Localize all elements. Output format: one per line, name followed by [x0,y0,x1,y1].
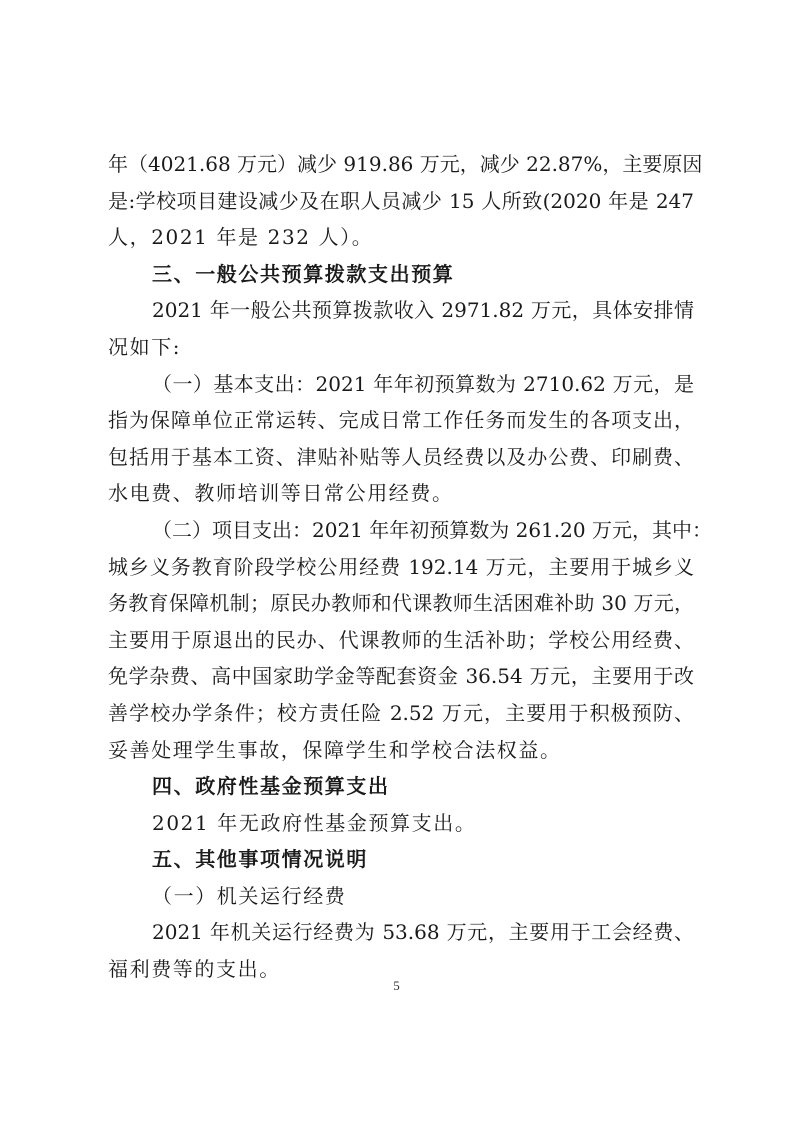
paragraph-line: 2021 年无政府性基金预算支出。 [108,805,694,842]
subsection-heading-operating-costs: （一）机关运行经费 [108,878,694,915]
paragraph-line: 况如下: [108,329,694,366]
paragraph-line: 主要用于原退出的民办、代课教师的生活补助；学校公用经费、 [108,622,694,659]
paragraph-line: 善学校办学条件；校方责任险 2.52 万元，主要用于积极预防、 [108,695,694,732]
paragraph-line: 2021 年一般公共预算拨款收入 2971.82 万元，具体安排情 [108,292,694,329]
paragraph-line: 免学杂费、高中国家助学金等配套资金 36.54 万元，主要用于改 [108,658,694,695]
paragraph-line: 城乡义务教育阶段学校公用经费 192.14 万元，主要用于城乡义 [108,549,694,586]
paragraph-line: 是:学校项目建设减少及在职人员减少 15 人所致(2020 年是 247 [108,183,694,220]
paragraph-line: 包括用于基本工资、津贴补贴等人员经费以及办公费、印刷费、 [108,439,694,476]
paragraph-line: 指为保障单位正常运转、完成日常工作任务而发生的各项支出， [108,402,694,439]
paragraph-line: （二）项目支出：2021 年年初预算数为 261.20 万元，其中： [108,512,694,549]
paragraph-line: 人，2021 年是 232 人）。 [108,219,694,256]
paragraph-line: 2021 年机关运行经费为 53.68 万元，主要用于工会经费、 [108,914,694,951]
paragraph-line: 年（4021.68 万元）减少 919.86 万元，减少 22.87%，主要原因 [108,146,694,183]
paragraph-line: 妥善处理学生事故，保障学生和学校合法权益。 [108,732,694,769]
section-heading-government-fund: 四、政府性基金预算支出 [108,768,694,805]
section-heading-other-matters: 五、其他事项情况说明 [108,841,694,878]
document-page: 年（4021.68 万元）减少 919.86 万元，减少 22.87%，主要原因… [108,146,694,988]
section-heading-general-budget: 三、一般公共预算拨款支出预算 [108,256,694,293]
paragraph-line: 务教育保障机制；原民办教师和代课教师生活困难补助 30 万元， [108,585,694,622]
page-number: 5 [0,978,793,994]
paragraph-line: （一）基本支出：2021 年年初预算数为 2710.62 万元，是 [108,366,694,403]
paragraph-line: 水电费、教师培训等日常公用经费。 [108,475,694,512]
